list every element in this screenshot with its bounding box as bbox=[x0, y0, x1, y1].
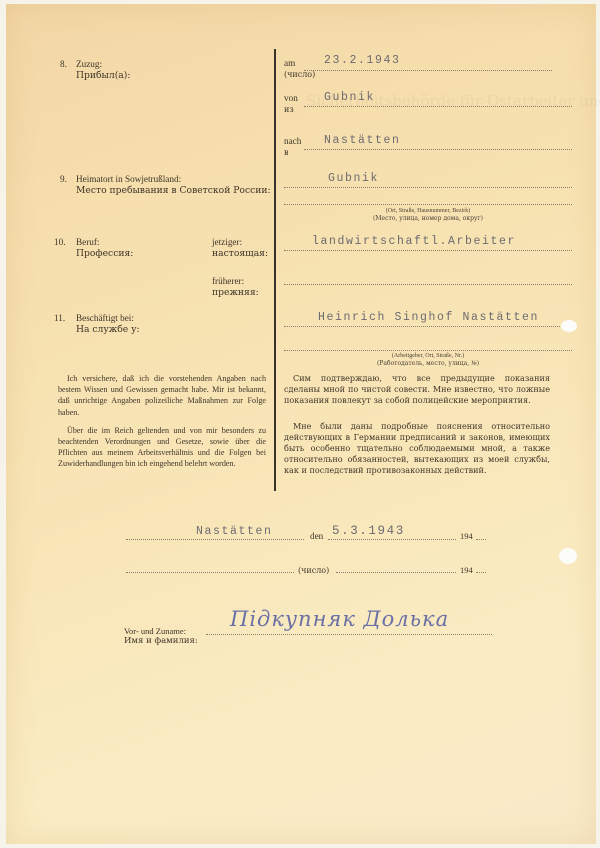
date-label-ru: (число) bbox=[298, 565, 329, 576]
from-label-de: von bbox=[284, 93, 298, 104]
former-profession-label-ru: прежняя: bbox=[212, 287, 259, 298]
item9-label-ru: Место пребывания в Советской России: bbox=[76, 185, 271, 196]
arrival-date-label-de: am bbox=[284, 58, 295, 69]
item9-label-de: Heimatort in Sowjetrußland: bbox=[76, 174, 181, 185]
hometown-line-2 bbox=[284, 204, 572, 205]
declaration-ru: Сим подтверждаю, что все предыдущие пока… bbox=[284, 373, 550, 484]
punch-hole-upper bbox=[561, 320, 577, 332]
hometown-caption-ru: (Место, улица, номер дома, округ) bbox=[284, 215, 572, 222]
declaration-de-paragraph-1: Ich versichere, daß ich die vorstehenden… bbox=[58, 373, 266, 418]
employer-value[interactable]: Heinrich Singhof Nastätten bbox=[318, 311, 539, 324]
item11-label-ru: На службе у: bbox=[76, 324, 140, 335]
item10-label-de: Beruf: bbox=[76, 237, 99, 248]
item10-number: 10. bbox=[54, 237, 65, 248]
form-page: Sicherheitsbehörde für Ostarbeiter und Z… bbox=[6, 4, 596, 844]
arrival-date-value[interactable]: 23.2.1943 bbox=[324, 54, 401, 67]
year-prefix-2: 194 bbox=[460, 565, 473, 576]
year-line-2 bbox=[476, 572, 486, 573]
handwritten-signature[interactable]: Підкупняк Долька bbox=[230, 607, 449, 631]
hometown-caption-de: (Ort, Straße, Hausnummer, Bezirk) bbox=[284, 208, 572, 215]
item8-number: 8. bbox=[60, 59, 67, 70]
declaration-de-paragraph-2: Über die im Reich geltenden und von mir … bbox=[58, 425, 266, 470]
hometown-line-1 bbox=[284, 187, 572, 188]
date-line bbox=[328, 539, 456, 540]
item9-number: 9. bbox=[60, 174, 67, 185]
date-label-de: den bbox=[310, 531, 323, 542]
hometown-value[interactable]: Gubnik bbox=[328, 172, 379, 185]
item8-label-ru: Прибыл(а): bbox=[76, 70, 130, 81]
current-profession-line bbox=[284, 250, 572, 251]
punch-hole-lower bbox=[559, 548, 577, 564]
declaration-ru-paragraph-2: Мне были даны подробные пояснения относи… bbox=[284, 421, 550, 477]
date-line-ru bbox=[336, 572, 456, 573]
name-line bbox=[206, 634, 492, 635]
current-profession-label-ru: настоящая: bbox=[212, 248, 268, 259]
from-label-ru: из bbox=[284, 104, 294, 115]
declaration-ru-paragraph-1: Сим подтверждаю, что все предыдущие пока… bbox=[284, 373, 550, 407]
to-label-de: nach bbox=[284, 136, 301, 147]
employer-caption-ru: (Работодатель, место, улица, №) bbox=[284, 360, 572, 367]
year-prefix-1: 194 bbox=[460, 531, 473, 542]
current-profession-label-de: jetziger: bbox=[212, 237, 242, 248]
employer-line-1 bbox=[284, 326, 572, 327]
name-label-ru: Имя и фамилия: bbox=[124, 636, 198, 647]
item11-number: 11. bbox=[54, 313, 65, 324]
to-value[interactable]: Nastätten bbox=[324, 134, 401, 147]
arrival-date-line bbox=[304, 70, 552, 71]
employer-line-2 bbox=[284, 350, 572, 351]
from-line bbox=[304, 106, 572, 107]
former-profession-label-de: früherer: bbox=[212, 276, 244, 287]
item11-label-de: Beschäftigt bei: bbox=[76, 313, 134, 324]
signature-date-value[interactable]: 5.3.1943 bbox=[332, 524, 405, 538]
employer-caption-de: (Arbeitgeber, Ort, Straße, Nr.) bbox=[284, 353, 572, 360]
to-label-ru: в bbox=[284, 147, 289, 158]
current-profession-value[interactable]: landwirtschaftl.Arbeiter bbox=[312, 235, 516, 248]
item10-label-ru: Профессия: bbox=[76, 248, 133, 259]
to-line bbox=[304, 149, 572, 150]
column-divider bbox=[274, 49, 276, 491]
place-line bbox=[126, 539, 304, 540]
from-value[interactable]: Gubnik bbox=[324, 91, 375, 104]
place-value[interactable]: Nastätten bbox=[196, 525, 273, 538]
year-line-1 bbox=[476, 539, 486, 540]
item8-label-de: Zuzug: bbox=[76, 59, 102, 70]
declaration-de: Ich versichere, daß ich die vorstehenden… bbox=[58, 373, 266, 477]
former-profession-line bbox=[284, 284, 572, 285]
place-line-ru bbox=[126, 572, 294, 573]
